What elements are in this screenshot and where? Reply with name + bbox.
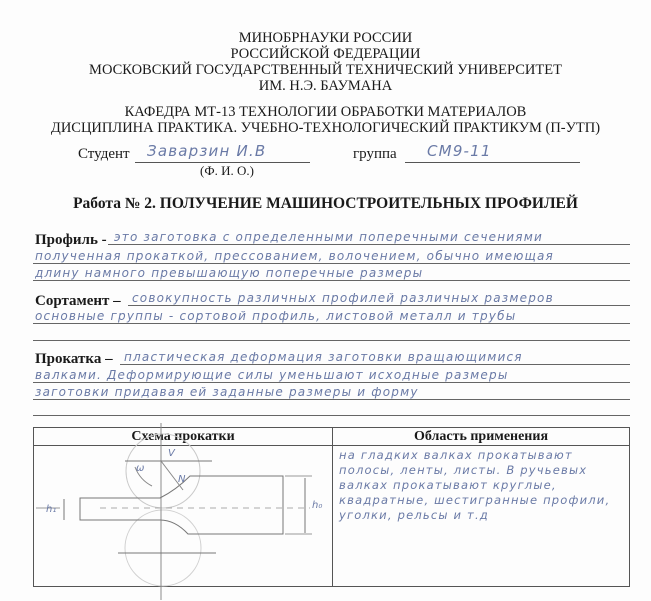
omega-label: ω [136, 463, 144, 474]
h0-label: h₀ [312, 500, 322, 511]
force-label: N [178, 474, 186, 485]
rolling-scheme-drawing: V ω N h₁ h₀ [0, 0, 651, 601]
h1-label: h₁ [46, 504, 56, 515]
lower-roll-icon [125, 510, 201, 586]
velocity-label: V [168, 448, 176, 459]
